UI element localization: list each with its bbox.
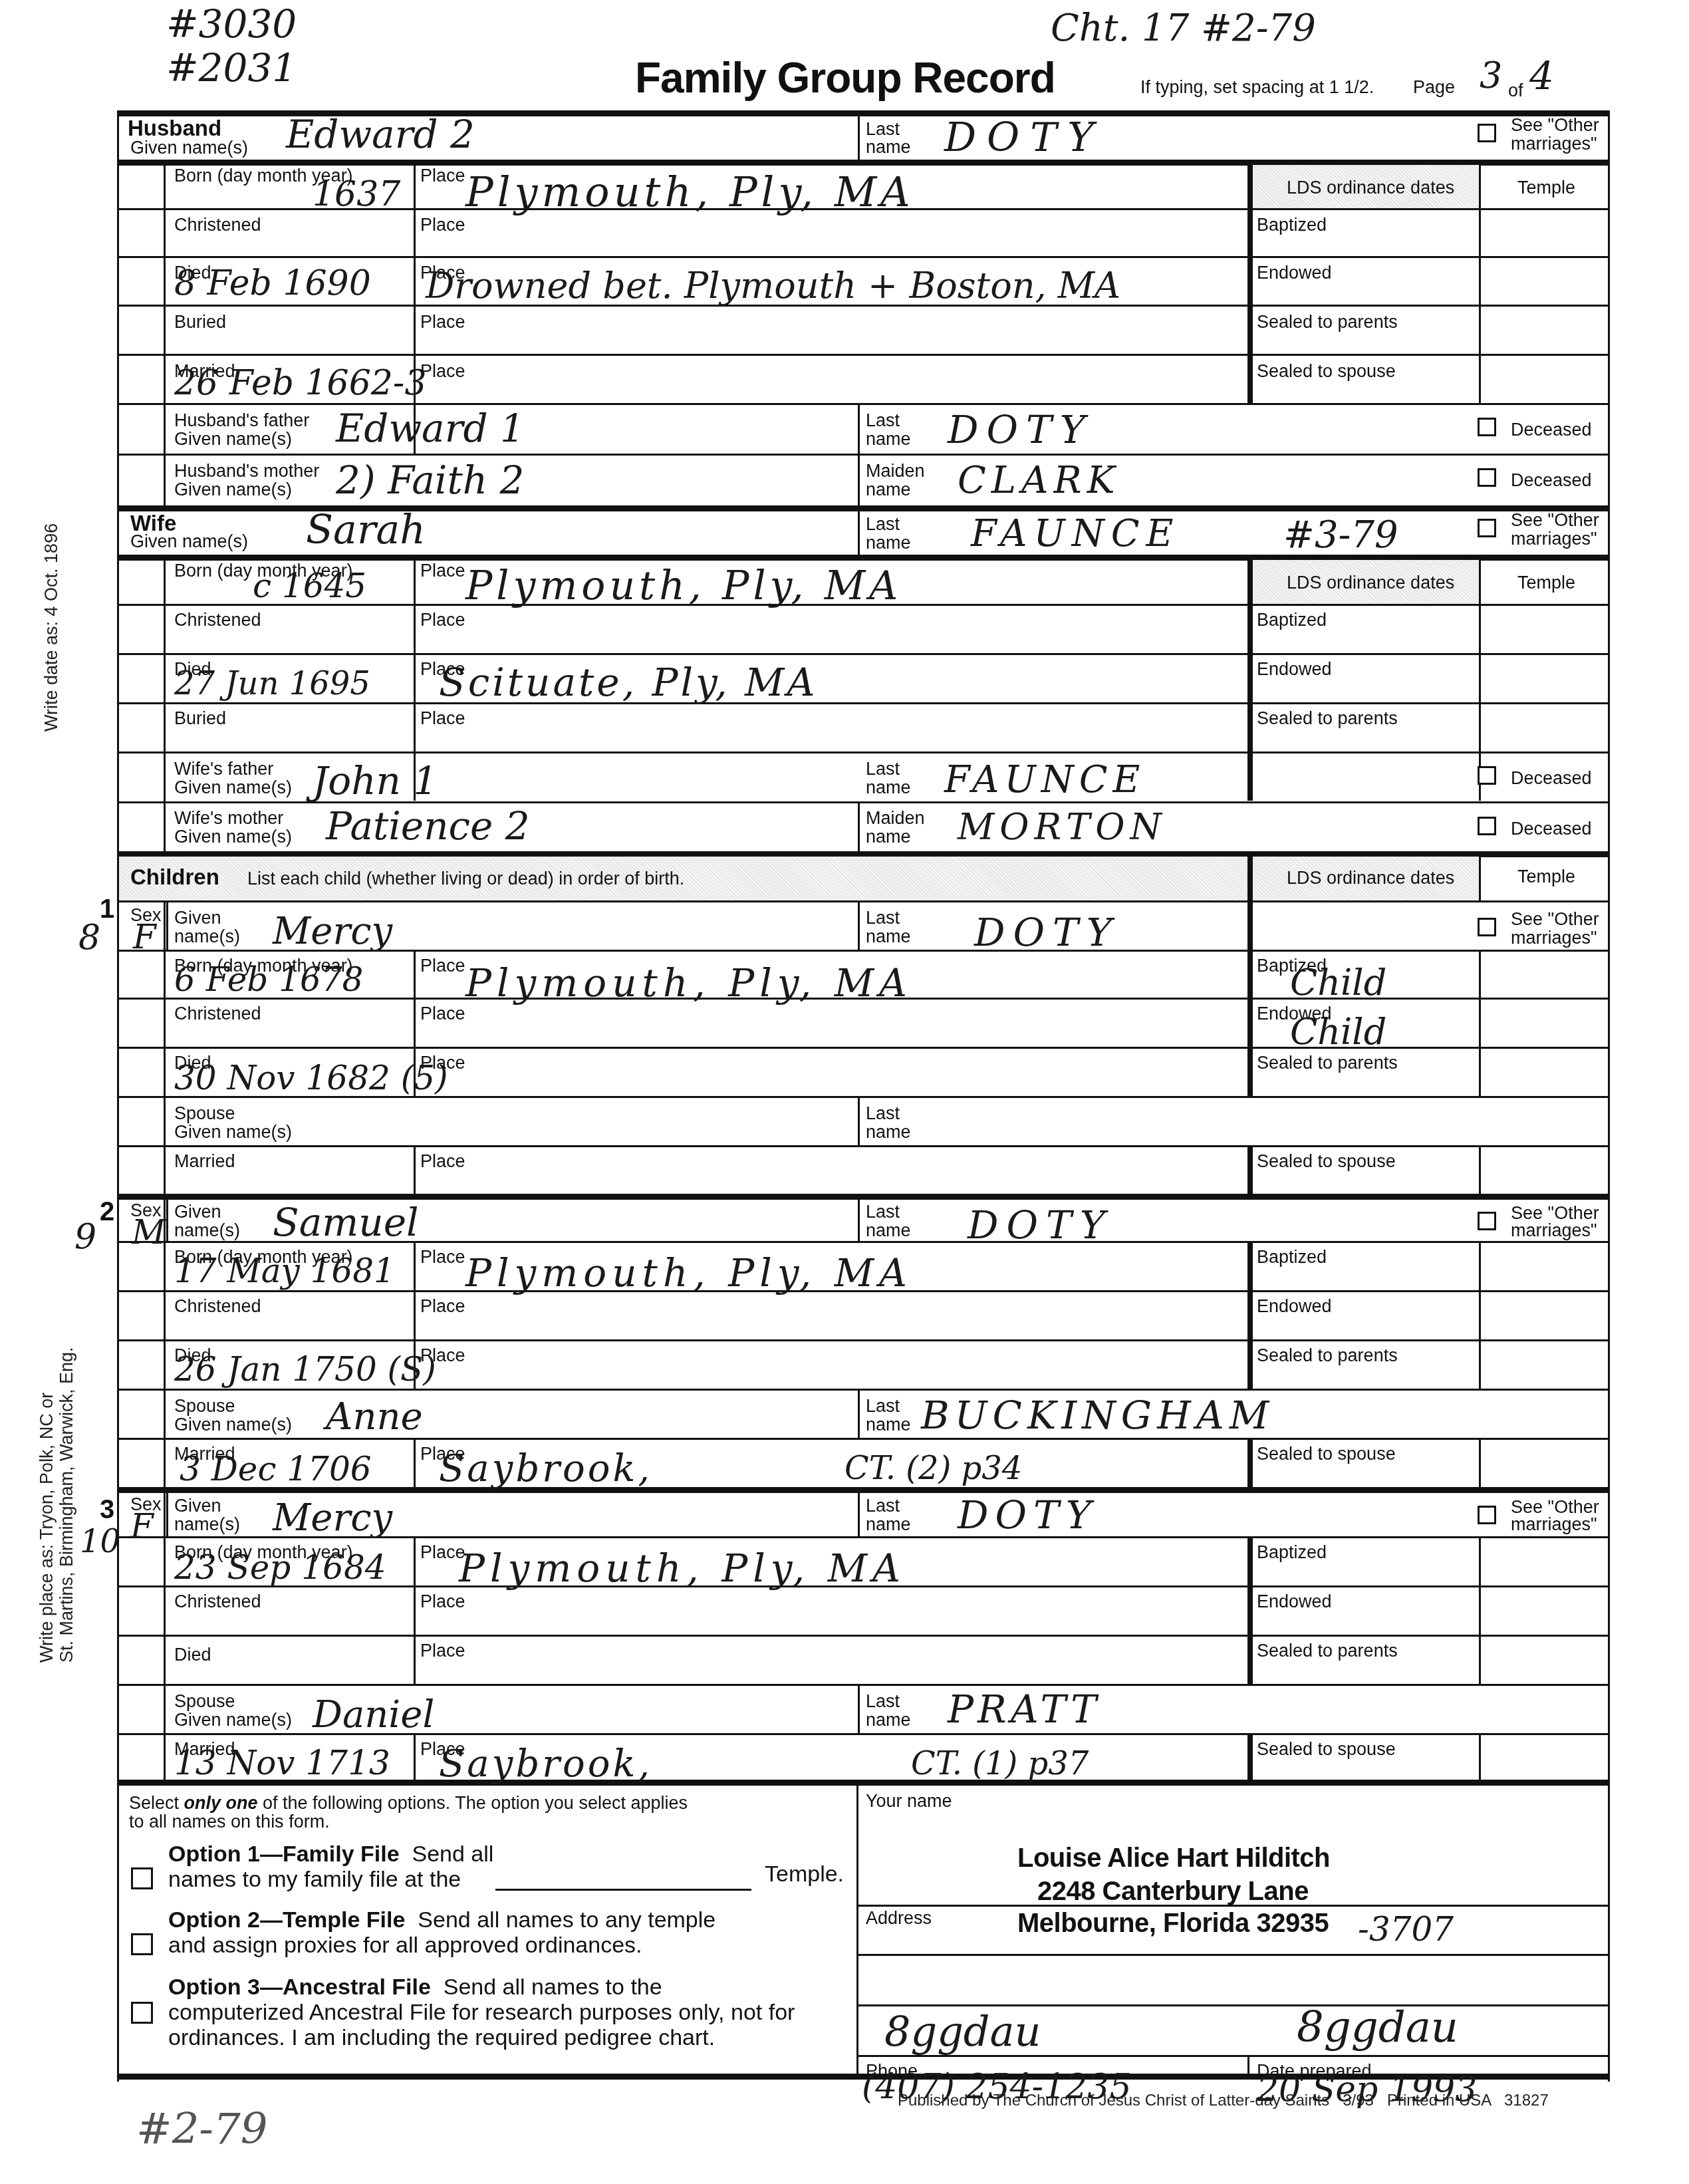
child-3-handwritten-number: 10	[80, 1523, 120, 1560]
place-label: Place	[420, 561, 465, 581]
place-label: Place	[420, 611, 465, 630]
spouse-label: Spouse	[174, 1692, 235, 1711]
option-1-checkbox[interactable]	[131, 1867, 153, 1889]
husband-died-place[interactable]: Drowned bet. Plymouth + Boston, MA	[426, 265, 1120, 307]
child-3-married-place[interactable]: Saybrook,	[439, 1742, 652, 1786]
husband-died-date[interactable]: 8 Feb 1690	[174, 263, 371, 303]
sealed-spouse-label: Sealed to spouse	[1257, 1740, 1396, 1759]
husband-last-label-2: name	[866, 138, 911, 157]
child-2-other-marriages-checkbox[interactable]	[1478, 1212, 1496, 1230]
husband-mother-label: Husband's mother	[174, 462, 319, 481]
place-label: Place	[420, 709, 465, 728]
name-label: name	[866, 480, 911, 499]
sealed-parents-label: Sealed to parents	[1257, 1346, 1398, 1365]
given-label: Given name(s)	[174, 1415, 292, 1434]
wife-given-field[interactable]: Sarah	[306, 507, 426, 553]
child-1-given[interactable]: Mercy	[273, 910, 392, 953]
page-total[interactable]: 4	[1529, 53, 1554, 98]
child-2-given[interactable]: Samuel	[273, 1200, 419, 1245]
wife-died-place[interactable]: Scituate, Ply, MA	[439, 660, 817, 705]
options-intro: Select only one of the following options…	[129, 1794, 688, 1813]
place-label: Place	[420, 1152, 465, 1171]
maiden-label: Maiden	[866, 462, 925, 481]
child-1-sex[interactable]: F	[133, 918, 156, 956]
husband-last-field[interactable]: DOTY	[944, 114, 1104, 161]
place-label: Place	[420, 215, 465, 235]
chart-reference-note: Cht. 17 #2-79	[1051, 7, 1316, 50]
endowed-label: Endowed	[1257, 660, 1332, 679]
of-label: of	[1508, 81, 1523, 100]
child-3-last[interactable]: DOTY	[958, 1492, 1098, 1538]
husband-mother-maiden[interactable]: CLARK	[958, 459, 1120, 502]
sealed-spouse-label: Sealed to spouse	[1257, 1152, 1396, 1171]
child-2-handwritten-number: 9	[74, 1217, 96, 1257]
typing-hint: If typing, set spacing at 1 1/2.	[1140, 78, 1374, 97]
child-2-spouse-given[interactable]: Anne	[326, 1395, 423, 1438]
child-3-spouse-last[interactable]: PRATT	[948, 1687, 1101, 1732]
place-label: Place	[420, 956, 465, 976]
bottom-reference-note: #2-79	[136, 2105, 267, 2154]
child-1-baptized[interactable]: Child	[1290, 962, 1386, 1004]
husband-father-given[interactable]: Edward 1	[336, 406, 525, 451]
place-label: Place	[420, 1592, 465, 1611]
place-label: Place	[420, 1641, 465, 1661]
christened-label: Christened	[174, 1004, 261, 1024]
child-1-handwritten-number: 8	[78, 918, 100, 958]
child-2-number: 2	[100, 1197, 114, 1227]
child-2-sex[interactable]: M	[132, 1213, 166, 1252]
other-marriages-label-2: marriages"	[1511, 529, 1597, 549]
child-3-number: 3	[100, 1495, 114, 1525]
baptized-label: Baptized	[1257, 1543, 1327, 1562]
publisher-footer: Published by The Church of Jesus Christ …	[898, 2092, 1549, 2110]
wife-other-marriages-checkbox[interactable]	[1478, 519, 1496, 537]
place-label: Place	[420, 313, 465, 332]
given-label: Given	[174, 908, 221, 928]
submitter-address-line-2[interactable]: Melbourne, Florida 32935	[1017, 1909, 1329, 1939]
buried-label: Buried	[174, 709, 226, 728]
child-3-given[interactable]: Mercy	[273, 1496, 392, 1540]
last-label: Last	[866, 1104, 900, 1123]
wife-father-last[interactable]: FAUNCE	[944, 758, 1145, 801]
child-3-married-date[interactable]: 13 Nov 1713	[174, 1744, 390, 1782]
given-label: Given	[174, 1496, 221, 1516]
children-section-label: Children	[130, 866, 219, 888]
child-3-born-date[interactable]: 23 Sep 1684	[174, 1548, 386, 1587]
deceased-label: Deceased	[1511, 420, 1592, 440]
option-1-temple-label: Temple.	[765, 1862, 844, 1886]
died-label: Died	[174, 1645, 211, 1665]
margin-note-3030: #3030	[166, 1, 297, 47]
place-label: Place	[420, 1346, 465, 1365]
deceased-label: Deceased	[1511, 769, 1592, 788]
other-marriages-label-2: marriages"	[1511, 1515, 1597, 1534]
children-instruction: List each child (whether living or dead)…	[247, 869, 684, 888]
last-label: Last	[866, 1202, 900, 1222]
child-1-died-date[interactable]: 30 Nov 1682 (5)	[174, 1059, 448, 1097]
child-1-endowed[interactable]: Child	[1290, 1011, 1386, 1053]
name-label: name	[866, 1415, 911, 1434]
maiden-label: Maiden	[866, 809, 925, 828]
given-label: Given name(s)	[130, 532, 248, 551]
given-label: Given name(s)	[174, 430, 292, 449]
wife-mother-maiden[interactable]: MORTON	[958, 806, 1167, 848]
option-1-text-2: names to my family file at the	[168, 1867, 461, 1891]
husband-born-date[interactable]: 1637	[313, 174, 400, 214]
child-1-born-place[interactable]: Plymouth, Ply, MA	[465, 960, 912, 1006]
other-marriages-label-2: marriages"	[1511, 1221, 1597, 1240]
child-3-other-marriages-checkbox[interactable]	[1478, 1506, 1496, 1524]
place-format-hint-2: St. Martins, Birmingham, Warwick, Eng.	[57, 1347, 76, 1663]
relationship-note-2: 8ggdau	[1297, 2003, 1458, 2052]
place-label: Place	[420, 362, 465, 381]
lds-dates-header: LDS ordinance dates	[1287, 573, 1454, 593]
names-label: name(s)	[174, 1221, 240, 1240]
last-label: Last	[866, 1692, 900, 1711]
rule	[117, 1194, 1610, 1200]
address-label: Address	[866, 1909, 932, 1928]
options-intro-2: to all names on this form.	[129, 1812, 330, 1832]
child-1-last[interactable]: DOTY	[974, 910, 1120, 955]
child-2-married-date[interactable]: 3 Dec 1706	[180, 1450, 372, 1488]
sealed-parents-label: Sealed to parents	[1257, 709, 1398, 728]
child-2-last[interactable]: DOTY	[968, 1202, 1113, 1248]
child-2-died-date[interactable]: 26 Jan 1750 (S)	[174, 1350, 436, 1389]
wife-reference-note: #3-79	[1283, 513, 1398, 557]
option-1-temple-field[interactable]	[495, 1866, 751, 1891]
sealed-spouse-label: Sealed to spouse	[1257, 362, 1396, 381]
name-label: name	[866, 1221, 911, 1240]
option-1-text: Option 1—Family File Send all	[168, 1842, 493, 1866]
place-label: Place	[420, 1248, 465, 1267]
husband-mother-deceased-checkbox[interactable]	[1478, 468, 1496, 487]
child-3-spouse-given[interactable]: Daniel	[313, 1693, 434, 1736]
buried-label: Buried	[174, 313, 226, 332]
christened-label: Christened	[174, 1592, 261, 1611]
other-marriages-label-2: marriages"	[1511, 134, 1597, 154]
date-format-hint: Write date as: 4 Oct. 1896	[41, 523, 61, 732]
given-label: Given name(s)	[174, 1710, 292, 1730]
wife-father-label: Wife's father	[174, 759, 273, 779]
names-label: name(s)	[174, 1515, 240, 1534]
option-3-text: Option 3—Ancestral File Send all names t…	[168, 1975, 662, 1999]
given-label: Given name(s)	[174, 1123, 292, 1142]
child-1-other-marriages-checkbox[interactable]	[1478, 918, 1496, 936]
spouse-label: Spouse	[174, 1397, 235, 1416]
page-label: Page	[1413, 78, 1455, 97]
place-label: Place	[420, 1004, 465, 1024]
wife-mother-deceased-checkbox[interactable]	[1478, 817, 1496, 835]
option-2-text-2: and assign proxies for all approved ordi…	[168, 1933, 642, 1957]
given-label: Given name(s)	[174, 480, 292, 499]
other-marriages-label: See "Other	[1511, 511, 1599, 530]
wife-born-date[interactable]: c 1645	[253, 567, 366, 605]
deceased-label: Deceased	[1511, 471, 1592, 490]
option-2-text: Option 2—Temple File Send all names to a…	[168, 1908, 715, 1932]
wife-father-deceased-checkbox[interactable]	[1478, 766, 1496, 785]
submitter-zip-extension[interactable]: -3707	[1358, 1910, 1454, 1949]
deceased-label: Deceased	[1511, 819, 1592, 839]
husband-given-field[interactable]: Edward 2	[286, 112, 475, 157]
child-2-married-place[interactable]: Saybrook,	[439, 1447, 652, 1490]
names-label: name(s)	[174, 927, 240, 946]
sealed-parents-label: Sealed to parents	[1257, 313, 1398, 332]
child-3-born-place[interactable]: Plymouth, Ply, MA	[459, 1546, 906, 1591]
christened-label: Christened	[174, 611, 261, 630]
spouse-label: Spouse	[174, 1104, 235, 1123]
child-2-born-date[interactable]: 17 May 1681	[174, 1252, 395, 1290]
child-3-married-place-note: CT. (1) p37	[911, 1745, 1089, 1782]
page-number[interactable]: 3	[1480, 55, 1502, 96]
your-name-label: Your name	[866, 1792, 952, 1811]
wife-died-date[interactable]: 27 Jun 1695	[174, 665, 370, 702]
submitter-name[interactable]: Louise Alice Hart Hilditch	[1017, 1843, 1330, 1873]
wife-mother-given[interactable]: Patience 2	[326, 803, 530, 849]
option-3-text-3: ordinances. I am including the required …	[168, 2026, 715, 2050]
last-label: Last	[866, 759, 900, 779]
married-label: Married	[174, 1152, 235, 1171]
temple-header: Temple	[1517, 573, 1575, 593]
husband-other-marriages-checkbox[interactable]	[1478, 124, 1496, 142]
given-label: Given name(s)	[174, 778, 292, 797]
name-label: name	[866, 827, 911, 847]
husband-married-date[interactable]: 26 Feb 1662-3	[174, 363, 427, 403]
name-label: name	[866, 533, 911, 553]
name-label: name	[866, 430, 911, 449]
wife-born-place[interactable]: Plymouth, Ply, MA	[465, 563, 902, 609]
lds-dates-header: LDS ordinance dates	[1287, 869, 1454, 888]
given-label: Given	[174, 1202, 221, 1222]
temple-header: Temple	[1517, 867, 1575, 887]
name-label: name	[866, 778, 911, 797]
husband-last-label: Last	[866, 120, 900, 139]
baptized-label: Baptized	[1257, 611, 1327, 630]
child-2-married-place-note: CT. (2) p34	[844, 1450, 1022, 1487]
child-2-spouse-last[interactable]: BUCKINGHAM	[921, 1393, 1274, 1438]
name-label: name	[866, 1710, 911, 1730]
sealed-parents-label: Sealed to parents	[1257, 1641, 1398, 1661]
christened-label: Christened	[174, 1297, 261, 1316]
other-marriages-label: See "Other	[1511, 910, 1599, 929]
christened-label: Christened	[174, 215, 261, 235]
last-label: Last	[866, 908, 900, 928]
husband-father-last[interactable]: DOTY	[948, 407, 1093, 452]
sealed-spouse-label: Sealed to spouse	[1257, 1444, 1396, 1464]
option-2-checkbox[interactable]	[131, 1933, 153, 1955]
endowed-label: Endowed	[1257, 263, 1332, 283]
last-label: Last	[866, 1397, 900, 1416]
other-marriages-label: See "Other	[1511, 116, 1599, 135]
temple-header: Temple	[1517, 178, 1575, 198]
husband-given-label: Given name(s)	[130, 138, 248, 158]
last-label: Last	[866, 411, 900, 430]
baptized-label: Baptized	[1257, 1248, 1327, 1267]
sealed-parents-label: Sealed to parents	[1257, 1053, 1398, 1073]
given-label: Given name(s)	[174, 827, 292, 847]
wife-father-given[interactable]: John 1	[313, 758, 438, 803]
option-3-checkbox[interactable]	[131, 2002, 153, 2024]
last-label: Last	[866, 1496, 900, 1516]
child-1-number: 1	[100, 894, 114, 924]
option-3-text-2: computerized Ancestral File for research…	[168, 2000, 795, 2024]
place-label: Place	[420, 166, 465, 186]
submitter-address-line-1[interactable]: 2248 Canterbury Lane	[1037, 1877, 1309, 1907]
lds-dates-header: LDS ordinance dates	[1287, 178, 1454, 198]
other-marriages-label-2: marriages"	[1511, 928, 1597, 948]
name-label: name	[866, 1515, 911, 1534]
margin-note-2031: #2031	[166, 45, 297, 90]
child-2-born-place[interactable]: Plymouth, Ply, MA	[465, 1250, 912, 1296]
wife-last-field[interactable]: FAUNCE	[971, 512, 1180, 555]
child-1-born-date[interactable]: 6 Feb 1678	[174, 960, 363, 999]
name-label: name	[866, 927, 911, 946]
baptized-label: Baptized	[1257, 215, 1327, 235]
last-label: Last	[866, 515, 900, 534]
wife-mother-label: Wife's mother	[174, 809, 283, 828]
endowed-label: Endowed	[1257, 1592, 1332, 1611]
child-3-sex[interactable]: F	[130, 1507, 154, 1546]
endowed-label: Endowed	[1257, 1297, 1332, 1316]
form-title: Family Group Record	[635, 53, 1055, 102]
husband-mother-given[interactable]: 2) Faith 2	[336, 458, 524, 503]
name-label: name	[866, 1123, 911, 1142]
place-format-hint-1: Write place as: Tryon, Polk, NC or	[37, 1393, 57, 1663]
husband-born-place[interactable]: Plymouth, Ply, MA	[465, 168, 914, 216]
place-label: Place	[420, 1053, 465, 1073]
husband-section-label: Husband	[128, 117, 221, 140]
husband-father-label: Husband's father	[174, 411, 309, 430]
relationship-note-1: 8ggdau	[884, 2007, 1041, 2056]
place-label: Place	[420, 1297, 465, 1316]
husband-father-deceased-checkbox[interactable]	[1478, 418, 1496, 436]
